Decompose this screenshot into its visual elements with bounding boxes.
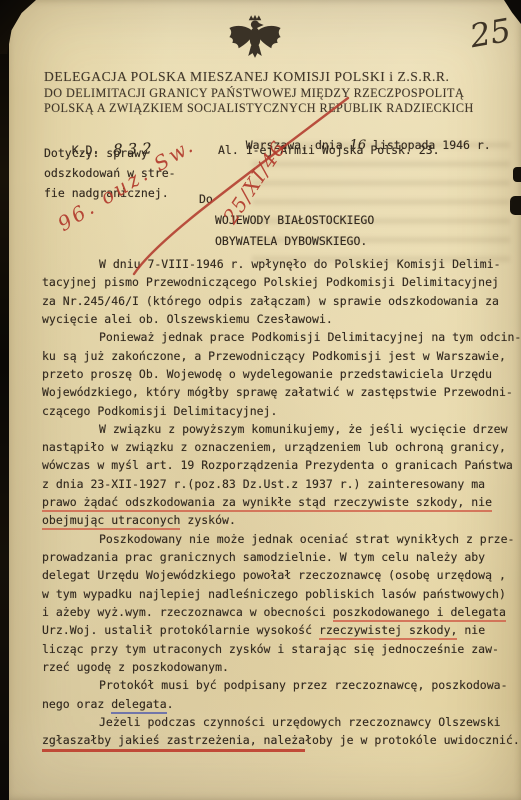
underlined-text: poszkodowanego i delegata [333, 605, 506, 622]
recipient-salutation: Do [199, 192, 213, 206]
body-line: nego oraz delegata. [42, 695, 516, 713]
body-line: wówczas w myśl art. 19 Rozporządzenia Pr… [42, 456, 516, 474]
body-line: licząc przy tym utraconych zysków i star… [42, 640, 516, 658]
body-line: czącego Podkomisji Delimitacyjnej. [42, 402, 516, 420]
text-segment: nie [457, 623, 485, 637]
eagle-emblem-icon [226, 13, 284, 69]
document-body: W dniu 7-VIII-1946 r. wpłynęło do Polski… [42, 255, 516, 749]
body-line: nastąpiło w związku z oznaczeniem, urząd… [42, 438, 516, 456]
body-line: za Nr.245/46/I (którego odpis załączam) … [42, 292, 516, 310]
underlined-text: prawo żądać odszkodowania za wynikłe stą… [42, 495, 492, 512]
text-segment: Ponieważ jednak prace Podkomisji Delimit… [99, 330, 521, 344]
text-segment: nastąpiło w związku z oznaczeniem, urząd… [42, 440, 506, 454]
body-line: prowadzania prac granicznych samodzielni… [42, 548, 516, 566]
text-segment: . [167, 697, 174, 711]
text-segment: licząc przy tym utraconych zysków i star… [42, 642, 499, 656]
body-line: Poszkodowany nie może jednak oceniać str… [42, 530, 516, 548]
text-segment: z dnia 23-XII-1927 r.(poz.83 Dz.Ust.z 19… [42, 477, 485, 491]
underlined-text: rzeczywistej szkody, [319, 623, 457, 640]
underlined-text: delegata [111, 697, 166, 714]
text-segment: Poszkodowany nie może jednak oceniać str… [99, 532, 514, 546]
underlined-text: obejmując utraconych [42, 513, 180, 530]
text-segment: rzeć ugodę z poszkodowanym. [42, 660, 229, 674]
page-number-annotation: 25 [467, 11, 514, 55]
sender-address: Al. 1-ej Armii Wojska Polsk. 23. [218, 143, 440, 157]
body-line: zgłaszałby jakieś zastrzeżenia, należało… [42, 731, 516, 749]
body-line: obejmując utraconych zysków. [42, 511, 516, 529]
body-line: tacyjnej pismo Przewodniczącego Polskiej… [42, 273, 516, 291]
scanned-document-page: DELEGACJA POLSKA MIESZANEJ KOMISJI POLSK… [0, 0, 521, 800]
body-line: i ażeby wyż.wym. rzeczoznawca w obecnośc… [42, 603, 516, 621]
text-segment: wówczas w myśl art. 19 Rozporządzenia Pr… [42, 458, 513, 472]
text-segment: nego oraz [42, 697, 111, 711]
text-segment: Wojewódzkiego, który mógłby sprawę załat… [42, 385, 513, 399]
text-segment: Urz.Woj. ustalił protokólarnie wysokość [42, 623, 319, 637]
text-segment: łoby je w protokóle uwidocznić. [305, 733, 520, 747]
letterhead-line-1: DELEGACJA POLSKA MIESZANEJ KOMISJI POLSK… [44, 69, 450, 85]
text-segment: Protokół musi być podpisany przez rzeczo… [99, 678, 508, 692]
text-segment: W związku z powyższym komunikujemy, że j… [99, 422, 508, 436]
text-segment: W dniu 7-VIII-1946 r. wpłynęło do Polski… [99, 257, 501, 271]
body-line: Wojewódzkiego, który mógłby sprawę załat… [42, 383, 516, 401]
recipient-line-2: OBYWATELA DYBOWSKIEGO. [215, 234, 367, 248]
body-line: prawo żądać odszkodowania za wynikłe stą… [42, 493, 516, 511]
letterhead-line-2: DO DELIMITACJI GRANICY PAŃSTWOWEJ MIĘDZY… [44, 86, 464, 101]
body-line: w tym wypadku najlepiej nadleśniczego po… [42, 585, 516, 603]
body-line: W związku z powyższym komunikujemy, że j… [42, 420, 516, 438]
text-segment: za Nr.245/46/I (którego odpis załączam) … [42, 294, 499, 308]
body-line: wycięcie alei ob. Olszewskiemu Czesławow… [42, 310, 516, 328]
body-line: W dniu 7-VIII-1946 r. wpłynęło do Polski… [42, 255, 516, 273]
text-segment: delegat Urzędu Wojewódzkiego powołał rze… [42, 568, 506, 582]
body-line: Urz.Woj. ustalił protokólarnie wysokość … [42, 621, 516, 639]
body-line: Ponieważ jednak prace Podkomisji Delimit… [42, 328, 516, 346]
underlined-text: zgłaszałby jakieś zastrzeżenia, należa [42, 733, 305, 752]
text-segment: wycięcie alei ob. Olszewskiemu Czesławow… [42, 312, 333, 326]
subject-line: Dotyczy: sprawy [44, 146, 148, 160]
body-line: z dnia 23-XII-1927 r.(poz.83 Dz.Ust.z 19… [42, 475, 516, 493]
scan-edge-left [0, 0, 9, 800]
text-segment: prowadzania prac granicznych samodzielni… [42, 550, 485, 564]
body-line: delegat Urzędu Wojewódzkiego powołał rze… [42, 566, 516, 584]
body-line: Jeżeli podczas czynności urzędowych rzec… [42, 713, 516, 731]
body-line: ku są już zakończone, a Przewodniczący P… [42, 347, 516, 365]
text-segment: czącego Podkomisji Delimitacyjnej. [42, 404, 277, 418]
body-line: rzeć ugodę z poszkodowanym. [42, 658, 516, 676]
text-segment: tacyjnej pismo Przewodniczącego Polskiej… [42, 275, 499, 289]
text-segment: zysków. [180, 513, 235, 527]
text-segment: w tym wypadku najlepiej nadleśniczego po… [42, 587, 506, 601]
body-line: Protokół musi być podpisany przez rzeczo… [42, 676, 516, 694]
text-segment: przeto proszę Ob. Wojewodę o wydelegowan… [42, 367, 492, 381]
scan-edge-mark [510, 196, 521, 215]
text-segment: Jeżeli podczas czynności urzędowych rzec… [99, 715, 501, 729]
body-line: przeto proszę Ob. Wojewodę o wydelegowan… [42, 365, 516, 383]
letterhead-line-3: POLSKĄ A ZWIĄZKIEM SOCJALISTYCZNYCH REPU… [44, 101, 474, 116]
scan-edge-mark [513, 167, 521, 182]
text-segment: ku są już zakończone, a Przewodniczący P… [42, 349, 506, 363]
text-segment: i ażeby wyż.wym. rzeczoznawca w obecnośc… [42, 605, 333, 619]
